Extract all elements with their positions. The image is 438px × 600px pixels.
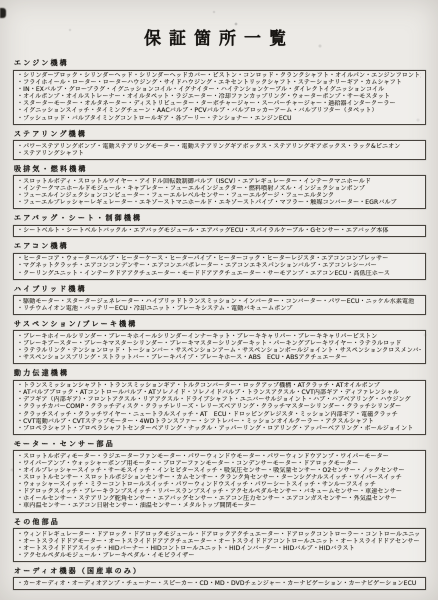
section-heading: ステアリング機構 [14,129,426,139]
parts-line: ・アクセルペダルモジュール・ブレーキペダル・イモビライザー [17,552,421,559]
parts-line: ・ラテラルリンク・テンションロッド・トーションバー・サスペンションアーム・サスペ… [17,347,421,354]
parts-line: ・オートスライドドアスイッチ・HIDバーナー・HIDコントロールユニット・HID… [17,545,421,552]
parts-line: ・サスペンションスプリング・ストラットバー・ブレーキパイプ・ブレーキホース・AB… [17,354,421,361]
section-box: ・駆動モーター・スタータージェネレーター・ハイブリッドトランスミッション・インバ… [13,295,426,315]
section: モーター・センサー部品・スロットルボディモーター・ラジエーターファンモーター・パ… [13,439,426,513]
section: エアバッグ・シート・制御機構・シートベルト・シートベルトバックル・エアバッグモジ… [13,213,426,237]
parts-line: ・ステアリングシャフト [17,150,421,157]
parts-line: ・トランスミッションシャフト・トランスミッションギア・トルクコンバーター・ロック… [17,382,421,389]
section-heading: モーター・センサー部品 [14,439,426,449]
section-heading: 吸排気・燃料機構 [14,164,426,174]
parts-line: ・シートベルト・シートベルトバックル・エアバッグモジュール・エアバッグECU・ス… [17,227,421,234]
section-heading: その他部品 [14,517,426,527]
parts-line: ・クーリングユニット・インテークドアアクチュエーター・モードドアアクチュエーター… [17,270,421,277]
section-heading: エンジン機構 [14,58,426,68]
section-box: ・シリンダーブロック・シリンダーヘッド・シリンダーヘッドカバー・ピストン・コンロ… [13,70,426,125]
parts-line: ・クラッチカバーCOMP・クラッチディスク・クラッチレリーズ・レリーズベアリング… [17,403,421,410]
parts-line: ・ホイールセンサー・ステアリング舵角センサー・エアバッグセンサー・エアコン圧力セ… [17,495,421,502]
section-box: ・ヒーターコア・ウォーターバルブ・ヒーターケース・ヒーターパイプ・ヒーターコック… [13,253,426,280]
section: 吸排気・燃料機構・スロットルボディ・スロットルワイヤー・アイドル回転数制御バルブ… [13,164,426,209]
parts-line: ・スターターモーター・オルタネーター・ディストリビューター・ターボチャージャー・… [17,100,421,107]
parts-line: ・パワーステアリングポンプ・電動ステアリングモーター・電動ステアリングギアボック… [17,143,421,150]
section-box: ・トランスミッションシャフト・トランスミッションギア・トルクコンバーター・ロック… [13,380,426,435]
sections-container: エンジン機構・シリンダーブロック・シリンダーヘッド・シリンダーヘッドカバー・ピス… [0,58,438,590]
parts-line: ・カーオーディオ・オーディオアンプ・チューナー・スピーカー・CD・MD・DVDチ… [17,580,421,587]
parts-line: ・リチウムイオン電池・バッテリーECU・冷却ユニット・ブレーキシステム・電動バキ… [17,305,421,312]
parts-line: ・オートスライドドアモーター・オートスライドドアアクチュエーター・オートスライド… [17,538,421,545]
section-heading: エアバッグ・シート・制御機構 [14,213,426,223]
parts-line: ・フューエルインジェクションコンピューター・フューエルレベルセンサー・フューエル… [17,192,421,199]
parts-line: ・ブレーキホイールシリンダー・ブレーキホイールシリンダーインナーキット・ブレーキ… [17,333,421,340]
parts-line: ・プッシュロッド・バルブタイミングコントロールギア・各プーリー・テンショナー・エ… [17,115,421,122]
parts-line: ・ドアロックスイッチ・ブレーキランプスイッチ・リバースランプスイッチ・アクセルペ… [17,488,421,495]
parts-line: ・CVT電動バルブ・CVTステップモーター・4WDトランスファー・シフトレバー・… [17,418,421,425]
parts-line: ・クラッチスイッチ・クラッチワイヤー・ニュートラルスイッチ・AT ECU・ドロッ… [17,411,421,418]
parts-line: ・スロットルボディモーター・ラジエーターファンモーター・パワーウィンドウモーター… [17,453,421,460]
section: オーディオ機器（国産車のみ）・カーオーディオ・オーディオアンプ・チューナー・スピ… [13,566,426,590]
section: 動力伝達機構・トランスミッションシャフト・トランスミッションギア・トルクコンバー… [13,368,426,435]
scanned-document-page: { "page": { "title": "保証箇所一覧" }, "sectio… [0,0,438,600]
parts-line: ・ウィンドレギュレーター・ドアロック・ドアロックモジュール・ドアロックアクチュエ… [17,531,421,538]
parts-line: ・シリンダーブロック・シリンダーヘッド・シリンダーヘッドカバー・ピストン・コンロ… [17,72,421,79]
parts-line: ・車内温センサー・エアコン日射センサー・油温センサー・メタルトップ開閉モーター [17,502,421,509]
section-box: ・カーオーディオ・オーディオアンプ・チューナー・スピーカー・CD・MD・DVDチ… [13,577,426,590]
parts-line: ・オイルプレッシャースイッチ・サーモスイッチ・インヒビタースイッチ・吸気圧センサ… [17,467,421,474]
parts-line: ・フューエルプレッシャーレギュレーター・エキゾーストマニホールド・エキゾーストパ… [17,199,421,206]
section: ステアリング機構・パワーステアリングポンプ・電動ステアリングモーター・電動ステア… [13,129,426,160]
section: その他部品・ウィンドレギュレーター・ドアロック・ドアロックモジュール・ドアロック… [13,517,426,562]
page-title: 保証箇所一覧 [0,24,438,49]
parts-line: ・デフギア（内部ギア）・フロントアクスル・リアアクスル・ドライブシャフト・ユニバ… [17,396,421,403]
parts-line: ・オイルポンプ・オイルストレーナー・オイルタペット・ラジエーター・冷却ファンカッ… [17,93,421,100]
parts-line: ・フライホイール・ローター・ローターハウジング・サイドハウジング・エキセントリッ… [17,79,421,86]
section-box: ・ウィンドレギュレーター・ドアロック・ドアロックモジュール・ドアロックアクチュエ… [13,528,426,562]
section-box: ・パワーステアリングポンプ・電動ステアリングモーター・電動ステアリングギアボック… [13,140,426,160]
section: サスペンション/ブレーキ機構・ブレーキホイールシリンダー・ブレーキホイールシリン… [13,319,426,364]
parts-line: ・ワイパーアンプ・ウォッシャーポンプ用モーター・ブロアーファンモーター・コンデン… [17,460,421,467]
parts-line: ・ブレーキブースター・ブレーキマスターシリンダー・ブレーキマスターシリンダーキッ… [17,340,421,347]
section: エンジン機構・シリンダーブロック・シリンダーヘッド・シリンダーヘッドカバー・ピス… [13,58,426,125]
parts-line: ・スロットルボディ・スロットルワイヤー・アイドル回転数制御バルブ（ISCV）・エ… [17,178,421,185]
section: エアコン機構・ヒーターコア・ウォーターバルブ・ヒーターケース・ヒーターパイプ・ヒ… [13,241,426,279]
section-box: ・ブレーキホイールシリンダー・ブレーキホイールシリンダーインナーキット・ブレーキ… [13,330,426,364]
section-box: ・スロットルボディ・スロットルワイヤー・アイドル回転数制御バルブ（ISCV）・エ… [13,175,426,209]
section-heading: エアコン機構 [14,241,426,251]
parts-line: ・駆動モーター・スタータージェネレーター・ハイブリッドトランスミッション・インバ… [17,298,421,305]
parts-line: ・インテークマニホールドモジュール・キャブレター・フューエルインジェクター・燃料… [17,185,421,192]
parts-line: ・IN・EXバルブ・グロープラグ・イグニッションコイル・イグナイター・ハイテンシ… [17,86,421,93]
section-heading: ハイブリッド機構 [14,284,426,294]
parts-line: ・スロットルセンサー・スロットルポジションセンサー・カムセンサー・クランク角セン… [17,474,421,481]
parts-line: ・プロペラシャフト・プロペラシャフトセンターベアリング・ナックル・アッパーリング… [17,425,421,432]
parts-line: ・マグネットクラッチ・エアコンコンデンサー・エアコンエバポレーター・エアコンエキ… [17,262,421,269]
section-box: ・シートベルト・シートベルトバックル・エアバッグモジュール・エアバッグECU・ス… [13,225,426,238]
parts-line: ・ヒーターコア・ウォーターバルブ・ヒーターケース・ヒーターパイプ・ヒーターコック… [17,255,421,262]
parts-line: ・イグニッションスイッチ・タイミングチェーン・AACバルブ・PCVバルブ・バルブ… [17,107,421,114]
parts-line: ・ATバルブブロック・ATコントロールバルブ・ATソレノイド・ソレノイドバルブ・… [17,389,421,396]
section-heading: サスペンション/ブレーキ機構 [14,319,426,329]
section-box: ・スロットルボディモーター・ラジエーターファンモーター・パワーウィンドウモーター… [13,450,426,512]
parts-line: ・ウォッシャースイッチ・ミラーコントロールスイッチ・パワーウィンドウスイッチ・パ… [17,481,421,488]
section-heading: オーディオ機器（国産車のみ） [14,566,426,576]
section-heading: 動力伝達機構 [14,368,426,378]
scan-artifact-smudge [0,8,6,18]
section: ハイブリッド機構・駆動モーター・スタータージェネレーター・ハイブリッドトランスミ… [13,284,426,315]
